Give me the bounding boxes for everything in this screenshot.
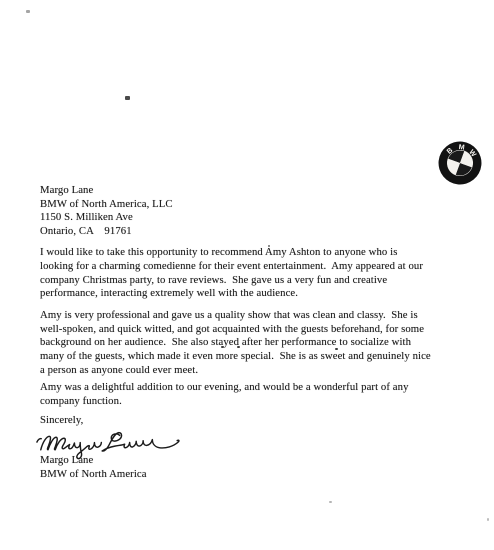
signer-name: Margo Lane (40, 454, 490, 468)
scan-artifact (335, 348, 338, 350)
scan-artifact (26, 10, 30, 13)
scan-artifact (237, 346, 240, 348)
closing-salutation: Sincerely, (40, 414, 490, 428)
scan-artifact (487, 518, 489, 521)
sender-address-block: Margo Lane BMW of North America, LLC 115… (40, 184, 490, 238)
signer-company: BMW of North America (40, 468, 490, 482)
signature-stroke-lead (37, 439, 41, 442)
scan-artifact (268, 245, 270, 247)
scanned-letter-page: B M W Margo Lane BMW of North America, L… (0, 0, 494, 550)
paragraph-3: Amy was a delightful addition to our eve… (40, 381, 490, 408)
scan-artifact (221, 346, 224, 348)
bmw-logo: B M W (437, 140, 483, 186)
svg-text:M: M (458, 143, 465, 152)
signature-stroke-lane (102, 433, 179, 451)
paragraph-2: Amy is very professional and gave us a q… (40, 309, 490, 377)
letter-content: Margo Lane BMW of North America, LLC 115… (40, 184, 490, 481)
scan-artifact (329, 501, 332, 503)
scan-artifact (125, 96, 130, 100)
paragraph-1: I would like to take this opportunity to… (40, 246, 490, 300)
